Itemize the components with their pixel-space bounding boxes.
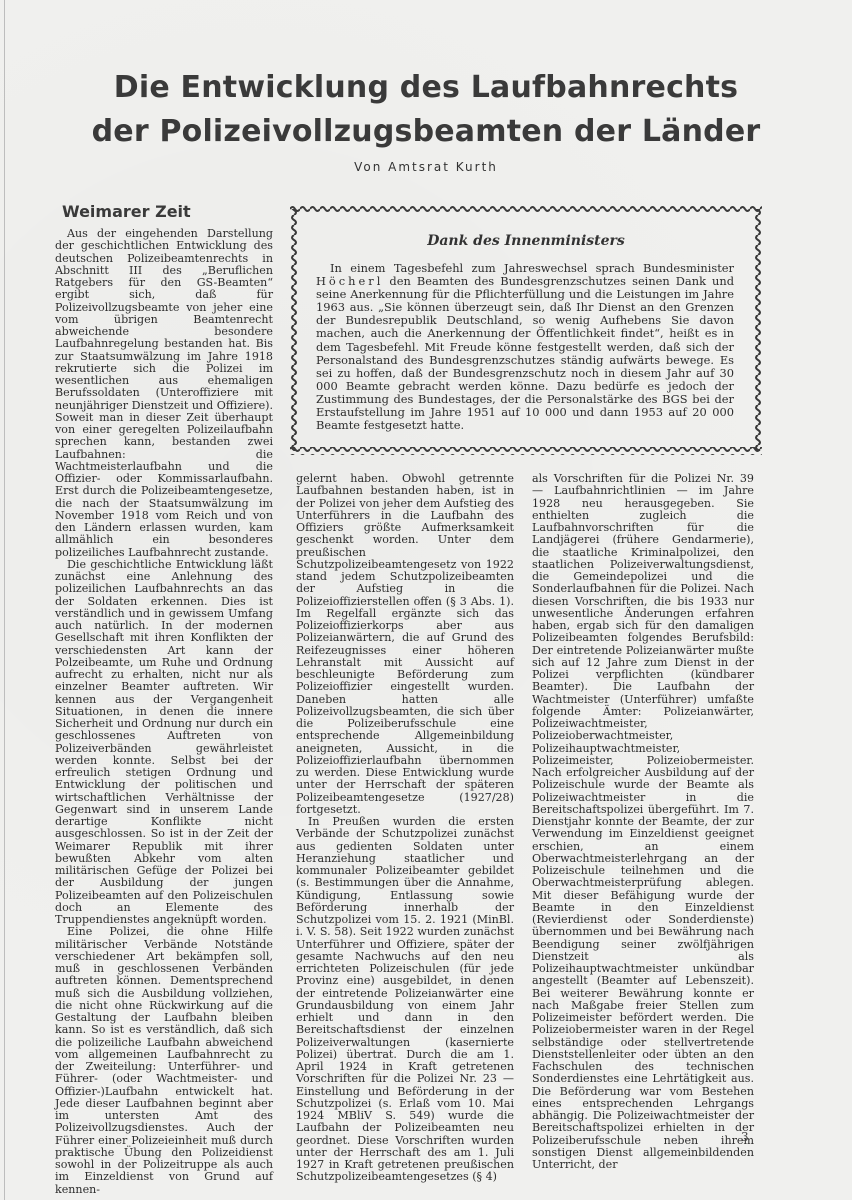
text-column-middle: gelernt haben. Obwohl getrennte Laufbahn… (296, 473, 514, 1184)
sidebar-box-body: In einem Tagesbefehl zum Jahreswechsel s… (316, 262, 734, 432)
section-heading: Weimarer Zeit (62, 202, 191, 221)
page-number: 3 (741, 1130, 749, 1144)
sidebar-text-rest: den Beamten des Bundesgrenzschutzes sein… (316, 274, 734, 432)
text-column-right: als Vorschriften für die Polizei Nr. 39 … (532, 473, 754, 1171)
scan-edge-line (4, 0, 5, 1200)
paragraph: Die geschichtliche Entwicklung läßt zunä… (55, 559, 273, 927)
document-page: Die Entwicklung des Laufbahnrechts der P… (0, 0, 852, 1200)
sidebar-paragraph: In einem Tagesbefehl zum Jahreswechsel s… (316, 262, 734, 432)
paragraph: Eine Polizei, die ohne Hilfe militärisch… (55, 926, 273, 1196)
paragraph: Aus der eingehenden Darstellung der gesc… (55, 228, 273, 559)
paragraph: In Preußen wurden die ersten Verbände de… (296, 816, 514, 1184)
article-title-line-1: Die Entwicklung des Laufbahnrechts (0, 70, 852, 105)
paragraph: gelernt haben. Obwohl getrennte Laufbahn… (296, 473, 514, 816)
text-column-left: Aus der eingehenden Darstellung der gesc… (55, 228, 273, 1196)
byline: Von Amtsrat Kurth (0, 160, 852, 174)
minister-name: Höcherl (316, 274, 383, 288)
sidebar-box: Dank des Innenministers In einem Tagesbe… (290, 205, 762, 455)
paragraph: als Vorschriften für die Polizei Nr. 39 … (532, 473, 754, 1171)
sidebar-box-title: Dank des Innenministers (290, 233, 762, 249)
article-title-line-2: der Polizeivollzugsbeamten der Länder (0, 114, 852, 149)
sidebar-text-start: In einem Tagesbefehl zum Jahreswechsel s… (330, 261, 734, 275)
